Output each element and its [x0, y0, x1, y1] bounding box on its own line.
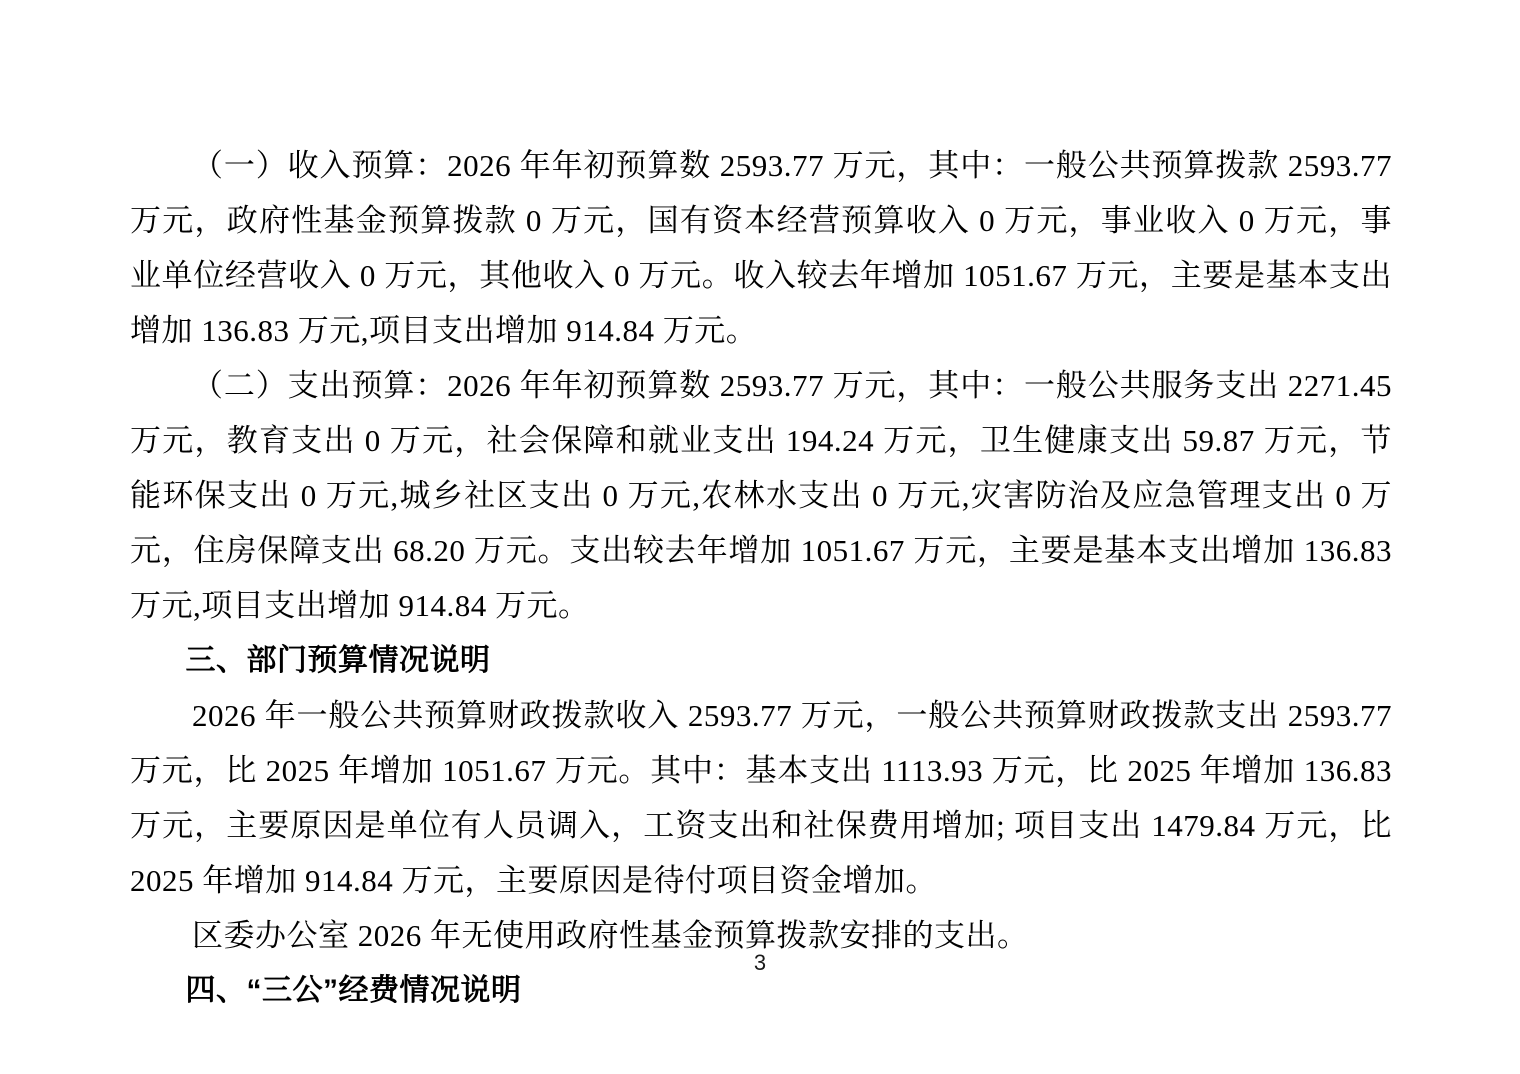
paragraph-expenditure-budget: （二）支出预算：2026 年年初预算数 2593.77 万元，其中：一般公共服务…	[130, 358, 1392, 633]
page-number: 3	[0, 950, 1520, 976]
document-content: （一）收入预算：2026 年年初预算数 2593.77 万元，其中：一般公共预算…	[130, 138, 1392, 1018]
document-page: （一）收入预算：2026 年年初预算数 2593.77 万元，其中：一般公共预算…	[0, 0, 1520, 1074]
paragraph-department-budget-detail: 2026 年一般公共预算财政拨款收入 2593.77 万元，一般公共预算财政拨款…	[130, 688, 1392, 908]
heading-section-3-department-budget: 三、部门预算情况说明	[130, 633, 1392, 688]
paragraph-income-budget: （一）收入预算：2026 年年初预算数 2593.77 万元，其中：一般公共预算…	[130, 138, 1392, 358]
